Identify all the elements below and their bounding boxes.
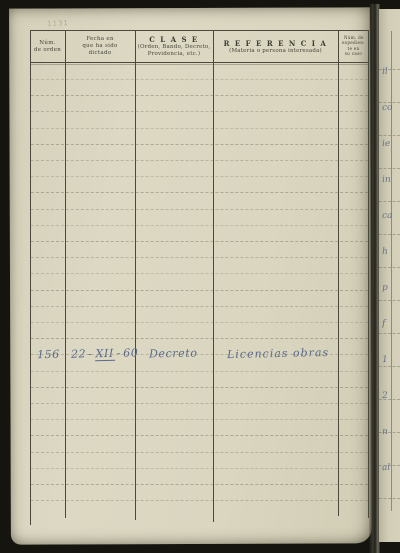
ruled-line xyxy=(31,79,368,80)
entry-date-separator: - xyxy=(88,347,93,360)
ruled-line xyxy=(31,338,368,339)
ruled-line xyxy=(31,209,368,210)
header-subtitle: (Materia o persona interesada) xyxy=(229,48,322,55)
adjacent-ruled-line xyxy=(379,498,400,499)
ruled-line xyxy=(31,192,368,193)
header-num-orden: Núm. de orden xyxy=(31,31,64,62)
handwriting-fragment: co xyxy=(382,103,393,113)
adjacent-ruled-line xyxy=(379,201,400,202)
handwriting-fragment: al xyxy=(382,463,391,473)
entry-date-year: 60 xyxy=(123,346,138,359)
ruled-line xyxy=(31,257,368,258)
entry-date-month-roman: XII xyxy=(94,347,115,361)
table-header-bottom-border xyxy=(30,62,369,63)
header-fecha: Fecha en que ha sido dictado xyxy=(66,31,134,62)
entry-date-day: 22 xyxy=(71,347,86,360)
ruled-line xyxy=(31,371,368,372)
ruled-line xyxy=(31,176,368,177)
ruled-line xyxy=(31,435,368,436)
header-clase: C L A S E (Orden, Bando, Decreto, Provid… xyxy=(136,31,212,62)
handwriting-fragment: ca xyxy=(382,211,393,221)
header-text: expedien- xyxy=(342,41,365,46)
header-text: te en xyxy=(348,47,360,52)
ruled-line xyxy=(31,144,368,145)
handwriting-fragment: p xyxy=(382,283,388,293)
handwriting-fragment: ie xyxy=(382,139,391,149)
header-text: su caso xyxy=(345,52,362,57)
header-text: que ha sido xyxy=(82,43,117,50)
header-text: Fecha en xyxy=(86,36,114,43)
scanned-ledger-screenshot: 1131 Núm. de orden Fecha en que ha sido … xyxy=(0,0,400,553)
entry-date: 22-XII-60 xyxy=(71,346,139,360)
entry-order-number: 156 xyxy=(37,348,60,361)
ruled-line xyxy=(31,95,368,96)
entry-date-separator: - xyxy=(117,347,122,360)
header-title: R E F E R E N C I A xyxy=(224,39,328,48)
adjacent-ruled-line xyxy=(379,333,400,334)
ruled-line xyxy=(31,225,368,226)
ruled-line xyxy=(31,241,368,242)
header-referencia: R E F E R E N C I A (Materia o persona i… xyxy=(214,31,337,62)
header-num-expediente: Núm. de expedien- te en su caso xyxy=(339,31,368,62)
entry-referencia: Licencias obras xyxy=(227,346,329,361)
ruled-line xyxy=(31,500,368,501)
ruled-line xyxy=(31,111,368,112)
header-subtitle: (Orden, Bando, Decreto, xyxy=(138,44,211,51)
ruled-line xyxy=(31,306,368,307)
header-text: Núm. xyxy=(39,40,56,47)
header-text: dictado xyxy=(89,50,112,57)
ruled-line xyxy=(31,403,368,404)
adjacent-ruled-line xyxy=(379,234,400,235)
adjacent-page-sliver: ilcoieincahpf12nal xyxy=(379,9,400,542)
handwriting-fragment: f xyxy=(382,319,386,329)
column-divider-3 xyxy=(213,30,214,522)
header-title: C L A S E xyxy=(149,35,199,44)
handwriting-fragment: h xyxy=(382,247,388,257)
adjacent-ruled-line xyxy=(379,366,400,367)
handwriting-fragment: n xyxy=(382,427,388,437)
ruled-line xyxy=(31,160,368,161)
handwriting-fragment: in xyxy=(382,175,391,185)
entry-clase: Decreto xyxy=(149,346,198,360)
ledger-page: 1131 xyxy=(9,7,372,544)
ruled-line xyxy=(31,290,368,291)
ruled-line xyxy=(31,273,368,274)
ruled-line xyxy=(31,128,368,129)
ruled-line xyxy=(31,322,368,323)
handwriting-fragment: 2 xyxy=(382,391,388,401)
ruled-line xyxy=(31,452,368,453)
header-subtitle: Providencia, etc.) xyxy=(148,51,200,58)
ruled-line xyxy=(31,484,368,485)
column-divider-2 xyxy=(135,30,136,520)
ruled-line xyxy=(31,419,368,420)
handwriting-fragment: il xyxy=(382,67,388,77)
adjacent-ruled-line xyxy=(379,267,400,268)
adjacent-ruled-line xyxy=(379,300,400,301)
ruled-line xyxy=(31,468,368,469)
handwriting-fragment: 1 xyxy=(382,355,388,365)
adjacent-ruled-line xyxy=(379,135,400,136)
header-text: Núm. de xyxy=(344,36,364,41)
header-text: de orden xyxy=(34,47,61,54)
adjacent-ruled-line xyxy=(379,168,400,169)
ruled-line xyxy=(31,387,368,388)
pencil-mark: 1131 xyxy=(47,19,69,28)
